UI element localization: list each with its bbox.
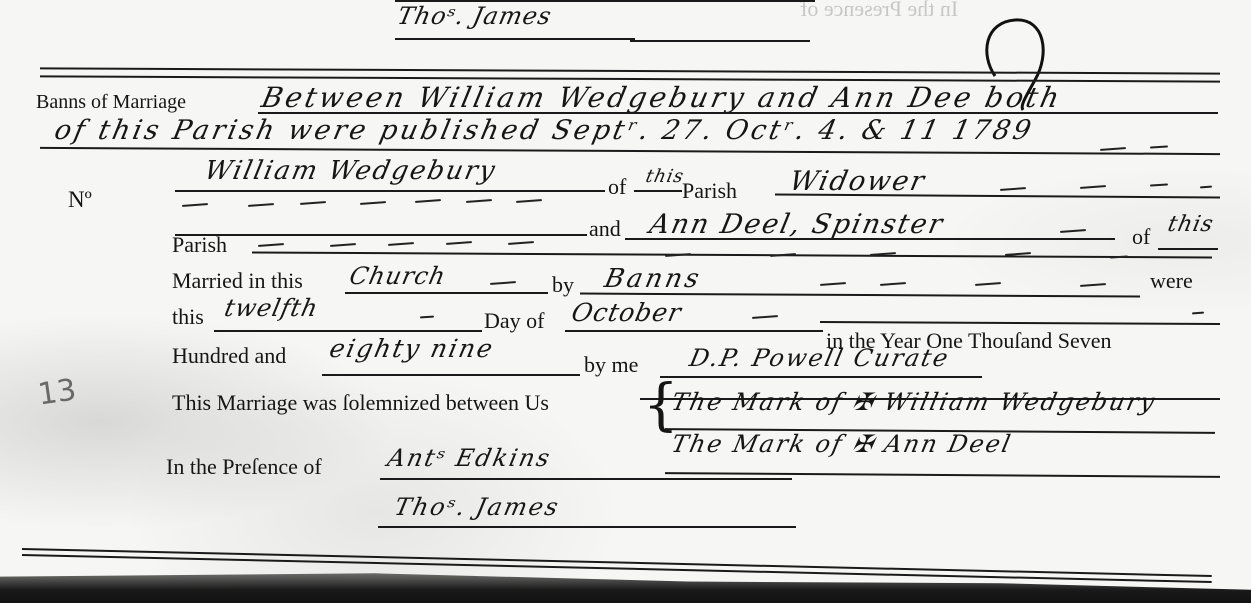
filler-dash bbox=[360, 201, 386, 205]
filler-dash bbox=[258, 243, 284, 247]
day-of-label: Day of bbox=[484, 310, 544, 332]
bride-parish-line bbox=[252, 251, 1212, 258]
filler-dash bbox=[388, 242, 414, 246]
bride-of-line bbox=[1158, 248, 1218, 250]
filler-dash bbox=[415, 199, 441, 203]
filler-dash bbox=[1200, 186, 1212, 189]
bride-of-value: this bbox=[1166, 214, 1216, 236]
bride-name-status: Ann Deel, Spinster bbox=[647, 211, 946, 238]
were-label: were bbox=[1150, 270, 1193, 292]
filler-dash bbox=[466, 199, 492, 203]
filler-dash bbox=[300, 201, 326, 205]
previous-witness-line bbox=[395, 38, 635, 40]
filler-dash bbox=[1150, 183, 1168, 186]
day-row-right-line bbox=[820, 321, 1220, 325]
month-value: October bbox=[569, 300, 684, 325]
filler-dash bbox=[330, 243, 356, 247]
filler-dash bbox=[490, 281, 516, 285]
by-value: Banns bbox=[602, 266, 704, 292]
filler-dash bbox=[1110, 255, 1128, 258]
by-line bbox=[580, 293, 1140, 297]
filler-dash bbox=[770, 253, 796, 257]
bride-name-line bbox=[625, 238, 1115, 240]
groom-of-line bbox=[634, 190, 682, 192]
witness-2-line bbox=[378, 526, 796, 528]
day-value: twelfth bbox=[222, 296, 320, 320]
witness-1-signature: Antˢ Edkins bbox=[385, 446, 553, 470]
groom-of-label: of bbox=[608, 176, 626, 198]
margin-entry-number: 13 bbox=[36, 373, 79, 413]
year-line bbox=[322, 374, 580, 376]
filler-dash bbox=[1000, 187, 1026, 191]
year-label-2: Hundred and bbox=[172, 345, 286, 367]
previous-top-line bbox=[395, 0, 815, 2]
party-line-2 bbox=[665, 472, 1220, 477]
filler-dash bbox=[975, 282, 1001, 286]
witness-1-line bbox=[380, 478, 792, 480]
by-me-label: by me bbox=[584, 354, 638, 376]
year-value: eighty nine bbox=[327, 336, 496, 361]
presence-label: In the Preſence of bbox=[166, 456, 322, 478]
page-edge-shadow bbox=[0, 570, 1251, 603]
banns-text-line-1: Between William Wedgebury and Ann Dee bo… bbox=[259, 84, 1064, 112]
bride-parish-label: Parish bbox=[172, 234, 227, 256]
month-line bbox=[565, 330, 823, 332]
filler-dash bbox=[1100, 147, 1126, 151]
entry-number-label: Nº bbox=[68, 188, 92, 211]
married-in-value: Church bbox=[347, 264, 448, 288]
party-signature-bride: The Mark of ✠ Ann Deel bbox=[669, 432, 1014, 456]
filler-dash bbox=[752, 315, 778, 319]
banns-line-2 bbox=[40, 147, 1220, 155]
show-through-text: In the Presence of bbox=[800, 0, 958, 22]
register-page: In the Presence of Thoˢ. James Banns of … bbox=[0, 0, 1251, 603]
witness-2-signature: Thoˢ. James bbox=[392, 495, 562, 519]
day-line bbox=[214, 330, 482, 332]
filler-dash bbox=[182, 203, 208, 207]
filler-dash bbox=[516, 199, 542, 203]
solemnized-label: This Marriage was ſolemnized between Us bbox=[172, 392, 549, 414]
groom-name: William Wedgebury bbox=[202, 158, 499, 184]
groom-parish-label: Parish bbox=[682, 180, 737, 202]
filler-dash bbox=[1150, 145, 1168, 148]
filler-dash bbox=[665, 253, 691, 257]
banns-text-line-2: of this Parish were published Septʳ. 27.… bbox=[52, 117, 1036, 144]
previous-witness-signature: Thoˢ. James bbox=[395, 4, 554, 28]
filler-dash bbox=[508, 241, 534, 245]
married-in-label: Married in this bbox=[172, 270, 303, 292]
by-label: by bbox=[552, 274, 574, 296]
filler-dash bbox=[880, 282, 906, 286]
bride-of-label: of bbox=[1132, 226, 1150, 248]
this-label: this bbox=[172, 306, 204, 328]
filler-dash bbox=[1080, 283, 1106, 287]
filler-dash bbox=[1192, 312, 1204, 315]
bottom-double-rule-top bbox=[22, 548, 1212, 577]
officiant-line bbox=[660, 376, 982, 378]
filler-dash bbox=[248, 203, 274, 207]
filler-dash bbox=[420, 316, 434, 319]
officiant-signature: D.P. Powell Curate bbox=[687, 346, 951, 370]
groom-name-line bbox=[175, 190, 605, 192]
party-signature-groom: The Mark of ✠ William Wedgebury bbox=[669, 390, 1158, 414]
banns-line-1 bbox=[258, 112, 1218, 114]
filler-dash bbox=[446, 241, 472, 245]
previous-witness-line-2 bbox=[630, 40, 810, 42]
and-label: and bbox=[589, 218, 621, 240]
filler-dash bbox=[820, 282, 846, 286]
groom-of-value: this bbox=[644, 168, 686, 186]
banns-label: Banns of Marriage bbox=[36, 92, 186, 112]
married-in-line bbox=[345, 292, 548, 294]
filler-dash bbox=[1060, 229, 1086, 233]
groom-status: Widower bbox=[787, 168, 928, 195]
filler-dash bbox=[1080, 185, 1106, 189]
bride-prefix-line bbox=[175, 234, 587, 236]
